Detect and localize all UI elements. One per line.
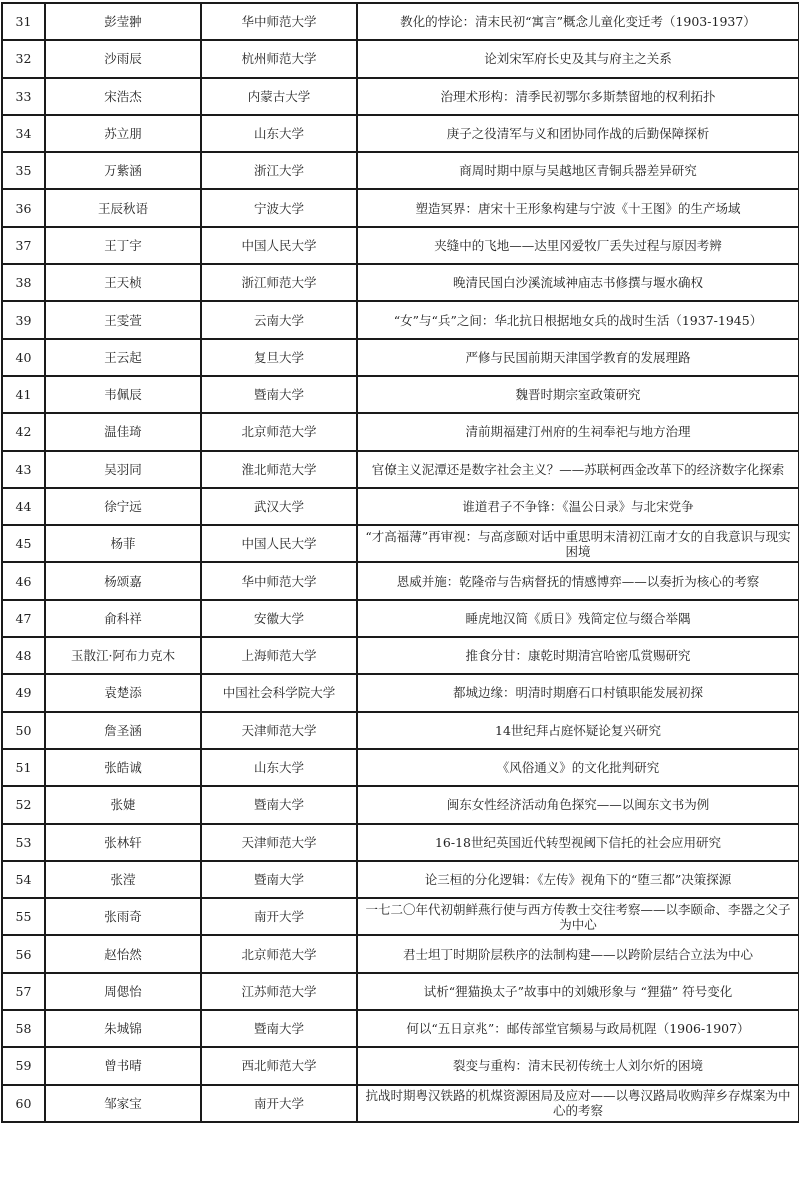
paper-title: 14世纪拜占庭怀疑论复兴研究 xyxy=(357,712,799,749)
student-name: 张婕 xyxy=(45,786,201,823)
paper-title: 《风俗通义》的文化批判研究 xyxy=(357,749,799,786)
table-row: 31 彭莹翀 华中师范大学 教化的悖论：清末民初“寓言”概念儿童化变迁考（190… xyxy=(2,3,799,40)
paper-title: 裂变与重构：清末民初传统士人刘尔炘的困境 xyxy=(357,1047,799,1084)
row-number: 48 xyxy=(2,637,45,674)
results-table: 31 彭莹翀 华中师范大学 教化的悖论：清末民初“寓言”概念儿童化变迁考（190… xyxy=(1,2,799,1123)
student-name: 万紫涵 xyxy=(45,152,201,189)
paper-title: “女”与“兵”之间：华北抗日根据地女兵的战时生活（1937-1945） xyxy=(357,301,799,338)
paper-title: 教化的悖论：清末民初“寓言”概念儿童化变迁考（1903-1937） xyxy=(357,3,799,40)
table-row: 46 杨颂嘉 华中师范大学 恩威并施：乾隆帝与告病督抚的情感博弈——以奏折为核心… xyxy=(2,562,799,599)
paper-title: 论刘宋军府长史及其与府主之关系 xyxy=(357,40,799,77)
table-row: 50 詹圣涵 天津师范大学 14世纪拜占庭怀疑论复兴研究 xyxy=(2,712,799,749)
university-name: 山东大学 xyxy=(201,749,357,786)
student-name: 张皓诚 xyxy=(45,749,201,786)
student-name: 苏立朋 xyxy=(45,115,201,152)
student-name: 袁楚添 xyxy=(45,674,201,711)
university-name: 天津师范大学 xyxy=(201,824,357,861)
table-row: 35 万紫涵 浙江大学 商周时期中原与吴越地区青铜兵器差异研究 xyxy=(2,152,799,189)
row-number: 58 xyxy=(2,1010,45,1047)
row-number: 51 xyxy=(2,749,45,786)
row-number: 42 xyxy=(2,413,45,450)
university-name: 暨南大学 xyxy=(201,1010,357,1047)
university-name: 武汉大学 xyxy=(201,488,357,525)
student-name: 周偲怡 xyxy=(45,973,201,1010)
row-number: 40 xyxy=(2,339,45,376)
university-name: 浙江大学 xyxy=(201,152,357,189)
row-number: 43 xyxy=(2,451,45,488)
paper-title: 何以“五日京兆”：邮传部堂官频易与政局杌陧（1906-1907） xyxy=(357,1010,799,1047)
university-name: 安徽大学 xyxy=(201,600,357,637)
student-name: 张林轩 xyxy=(45,824,201,861)
paper-title: 睡虎地汉简《质日》残简定位与缀合举隅 xyxy=(357,600,799,637)
university-name: 南开大学 xyxy=(201,898,357,935)
university-name: 西北师范大学 xyxy=(201,1047,357,1084)
row-number: 38 xyxy=(2,264,45,301)
student-name: 俞科祥 xyxy=(45,600,201,637)
table-row: 43 吴羽同 淮北师范大学 官僚主义泥潭还是数字社会主义？——苏联柯西金改革下的… xyxy=(2,451,799,488)
paper-title: 抗战时期粤汉铁路的机煤资源困局及应对——以粤汉路局收购萍乡存煤案为中心的考察 xyxy=(357,1085,799,1122)
table-row: 33 宋浩杰 内蒙古大学 治理术形构：清季民初鄂尔多斯禁留地的权利拓扑 xyxy=(2,78,799,115)
paper-title: 论三桓的分化逻辑：《左传》视角下的“堕三都”决策探源 xyxy=(357,861,799,898)
university-name: 南开大学 xyxy=(201,1085,357,1122)
row-number: 50 xyxy=(2,712,45,749)
table-row: 57 周偲怡 江苏师范大学 试析“狸猫换太子”故事中的刘娥形象与 “狸猫” 符号… xyxy=(2,973,799,1010)
table-row: 59 曾书晴 西北师范大学 裂变与重构：清末民初传统士人刘尔炘的困境 xyxy=(2,1047,799,1084)
university-name: 内蒙古大学 xyxy=(201,78,357,115)
university-name: 华中师范大学 xyxy=(201,3,357,40)
paper-title: 都城边缘：明清时期磨石口村镇职能发展初探 xyxy=(357,674,799,711)
student-name: 王辰秋语 xyxy=(45,189,201,226)
paper-title: 夹缝中的飞地——达里冈爱牧厂丢失过程与原因考辨 xyxy=(357,227,799,264)
row-number: 52 xyxy=(2,786,45,823)
table-row: 34 苏立朋 山东大学 庚子之役清军与义和团协同作战的后勤保障探析 xyxy=(2,115,799,152)
paper-title: 谁道君子不争锋：《温公日录》与北宋党争 xyxy=(357,488,799,525)
student-name: 王云起 xyxy=(45,339,201,376)
university-name: 江苏师范大学 xyxy=(201,973,357,1010)
student-name: 韦佩辰 xyxy=(45,376,201,413)
paper-title: 一七二〇年代初朝鲜燕行使与西方传教士交往考察——以李颐命、李器之父子为中心 xyxy=(357,898,799,935)
table-row: 58 朱城锦 暨南大学 何以“五日京兆”：邮传部堂官频易与政局杌陧（1906-1… xyxy=(2,1010,799,1047)
row-number: 32 xyxy=(2,40,45,77)
paper-title: 官僚主义泥潭还是数字社会主义？——苏联柯西金改革下的经济数字化探索 xyxy=(357,451,799,488)
university-name: 云南大学 xyxy=(201,301,357,338)
row-number: 55 xyxy=(2,898,45,935)
table-row: 55 张雨奇 南开大学 一七二〇年代初朝鲜燕行使与西方传教士交往考察——以李颐命… xyxy=(2,898,799,935)
student-name: 詹圣涵 xyxy=(45,712,201,749)
university-name: 华中师范大学 xyxy=(201,562,357,599)
student-name: 邹家宝 xyxy=(45,1085,201,1122)
paper-title: 清前期福建汀州府的生祠奉祀与地方治理 xyxy=(357,413,799,450)
paper-title: 塑造冥界：唐宋十王形象构建与宁波《十王图》的生产场域 xyxy=(357,189,799,226)
university-name: 山东大学 xyxy=(201,115,357,152)
paper-title: 商周时期中原与吴越地区青铜兵器差异研究 xyxy=(357,152,799,189)
table-row: 44 徐宁远 武汉大学 谁道君子不争锋：《温公日录》与北宋党争 xyxy=(2,488,799,525)
student-name: 赵怡然 xyxy=(45,935,201,972)
student-name: 张雨奇 xyxy=(45,898,201,935)
table-row: 40 王云起 复旦大学 严修与民国前期天津国学教育的发展理路 xyxy=(2,339,799,376)
table-row: 60 邹家宝 南开大学 抗战时期粤汉铁路的机煤资源困局及应对——以粤汉路局收购萍… xyxy=(2,1085,799,1122)
row-number: 56 xyxy=(2,935,45,972)
row-number: 36 xyxy=(2,189,45,226)
table-row: 48 玉散江·阿布力克木 上海师范大学 推食分甘：康乾时期清宫哈密瓜赏赐研究 xyxy=(2,637,799,674)
table-row: 37 王丁宇 中国人民大学 夹缝中的飞地——达里冈爱牧厂丢失过程与原因考辨 xyxy=(2,227,799,264)
row-number: 60 xyxy=(2,1085,45,1122)
table-row: 42 温佳琦 北京师范大学 清前期福建汀州府的生祠奉祀与地方治理 xyxy=(2,413,799,450)
row-number: 33 xyxy=(2,78,45,115)
table-row: 54 张滢 暨南大学 论三桓的分化逻辑：《左传》视角下的“堕三都”决策探源 xyxy=(2,861,799,898)
paper-title: “才高福薄”再审视：与高彦颐对话中重思明末清初江南才女的自我意识与现实困境 xyxy=(357,525,799,562)
university-name: 杭州师范大学 xyxy=(201,40,357,77)
student-name: 徐宁远 xyxy=(45,488,201,525)
row-number: 59 xyxy=(2,1047,45,1084)
table-body: 31 彭莹翀 华中师范大学 教化的悖论：清末民初“寓言”概念儿童化变迁考（190… xyxy=(2,3,799,1122)
row-number: 31 xyxy=(2,3,45,40)
table-row: 36 王辰秋语 宁波大学 塑造冥界：唐宋十王形象构建与宁波《十王图》的生产场域 xyxy=(2,189,799,226)
paper-title: 闽东女性经济活动角色探究——以闽东文书为例 xyxy=(357,786,799,823)
paper-title: 推食分甘：康乾时期清宫哈密瓜赏赐研究 xyxy=(357,637,799,674)
table-row: 49 袁楚添 中国社会科学院大学 都城边缘：明清时期磨石口村镇职能发展初探 xyxy=(2,674,799,711)
university-name: 淮北师范大学 xyxy=(201,451,357,488)
table-row: 47 俞科祥 安徽大学 睡虎地汉简《质日》残简定位与缀合举隅 xyxy=(2,600,799,637)
paper-title: 试析“狸猫换太子”故事中的刘娥形象与 “狸猫” 符号变化 xyxy=(357,973,799,1010)
student-name: 玉散江·阿布力克木 xyxy=(45,637,201,674)
university-name: 暨南大学 xyxy=(201,786,357,823)
paper-title: 庚子之役清军与义和团协同作战的后勤保障探析 xyxy=(357,115,799,152)
university-name: 北京师范大学 xyxy=(201,413,357,450)
row-number: 47 xyxy=(2,600,45,637)
student-name: 杨菲 xyxy=(45,525,201,562)
paper-title: 严修与民国前期天津国学教育的发展理路 xyxy=(357,339,799,376)
paper-title: 16-18世纪英国近代转型视阈下信托的社会应用研究 xyxy=(357,824,799,861)
university-name: 北京师范大学 xyxy=(201,935,357,972)
university-name: 中国人民大学 xyxy=(201,227,357,264)
row-number: 57 xyxy=(2,973,45,1010)
student-name: 朱城锦 xyxy=(45,1010,201,1047)
row-number: 44 xyxy=(2,488,45,525)
university-name: 复旦大学 xyxy=(201,339,357,376)
university-name: 天津师范大学 xyxy=(201,712,357,749)
student-name: 吴羽同 xyxy=(45,451,201,488)
paper-title: 晚清民国白沙溪流域神庙志书修撰与堰水确权 xyxy=(357,264,799,301)
table-row: 45 杨菲 中国人民大学 “才高福薄”再审视：与高彦颐对话中重思明末清初江南才女… xyxy=(2,525,799,562)
table-row: 56 赵怡然 北京师范大学 君士坦丁时期阶层秩序的法制构建——以跨阶层结合立法为… xyxy=(2,935,799,972)
row-number: 37 xyxy=(2,227,45,264)
student-name: 温佳琦 xyxy=(45,413,201,450)
university-name: 上海师范大学 xyxy=(201,637,357,674)
paper-title: 恩威并施：乾隆帝与告病督抚的情感博弈——以奏折为核心的考察 xyxy=(357,562,799,599)
row-number: 45 xyxy=(2,525,45,562)
student-name: 宋浩杰 xyxy=(45,78,201,115)
paper-title: 治理术形构：清季民初鄂尔多斯禁留地的权利拓扑 xyxy=(357,78,799,115)
student-name: 沙雨辰 xyxy=(45,40,201,77)
university-name: 浙江师范大学 xyxy=(201,264,357,301)
table-row: 52 张婕 暨南大学 闽东女性经济活动角色探究——以闽东文书为例 xyxy=(2,786,799,823)
table-row: 41 韦佩辰 暨南大学 魏晋时期宗室政策研究 xyxy=(2,376,799,413)
row-number: 39 xyxy=(2,301,45,338)
table-row: 51 张皓诚 山东大学 《风俗通义》的文化批判研究 xyxy=(2,749,799,786)
student-name: 杨颂嘉 xyxy=(45,562,201,599)
student-name: 王雯萱 xyxy=(45,301,201,338)
row-number: 53 xyxy=(2,824,45,861)
paper-title: 魏晋时期宗室政策研究 xyxy=(357,376,799,413)
row-number: 49 xyxy=(2,674,45,711)
row-number: 35 xyxy=(2,152,45,189)
student-name: 王丁宇 xyxy=(45,227,201,264)
table-row: 32 沙雨辰 杭州师范大学 论刘宋军府长史及其与府主之关系 xyxy=(2,40,799,77)
university-name: 中国人民大学 xyxy=(201,525,357,562)
row-number: 41 xyxy=(2,376,45,413)
student-name: 张滢 xyxy=(45,861,201,898)
table-row: 53 张林轩 天津师范大学 16-18世纪英国近代转型视阈下信托的社会应用研究 xyxy=(2,824,799,861)
row-number: 34 xyxy=(2,115,45,152)
paper-title: 君士坦丁时期阶层秩序的法制构建——以跨阶层结合立法为中心 xyxy=(357,935,799,972)
university-name: 暨南大学 xyxy=(201,861,357,898)
student-name: 曾书晴 xyxy=(45,1047,201,1084)
row-number: 54 xyxy=(2,861,45,898)
university-name: 中国社会科学院大学 xyxy=(201,674,357,711)
student-name: 王天桢 xyxy=(45,264,201,301)
university-name: 暨南大学 xyxy=(201,376,357,413)
row-number: 46 xyxy=(2,562,45,599)
university-name: 宁波大学 xyxy=(201,189,357,226)
student-name: 彭莹翀 xyxy=(45,3,201,40)
table-row: 38 王天桢 浙江师范大学 晚清民国白沙溪流域神庙志书修撰与堰水确权 xyxy=(2,264,799,301)
table-row: 39 王雯萱 云南大学 “女”与“兵”之间：华北抗日根据地女兵的战时生活（193… xyxy=(2,301,799,338)
